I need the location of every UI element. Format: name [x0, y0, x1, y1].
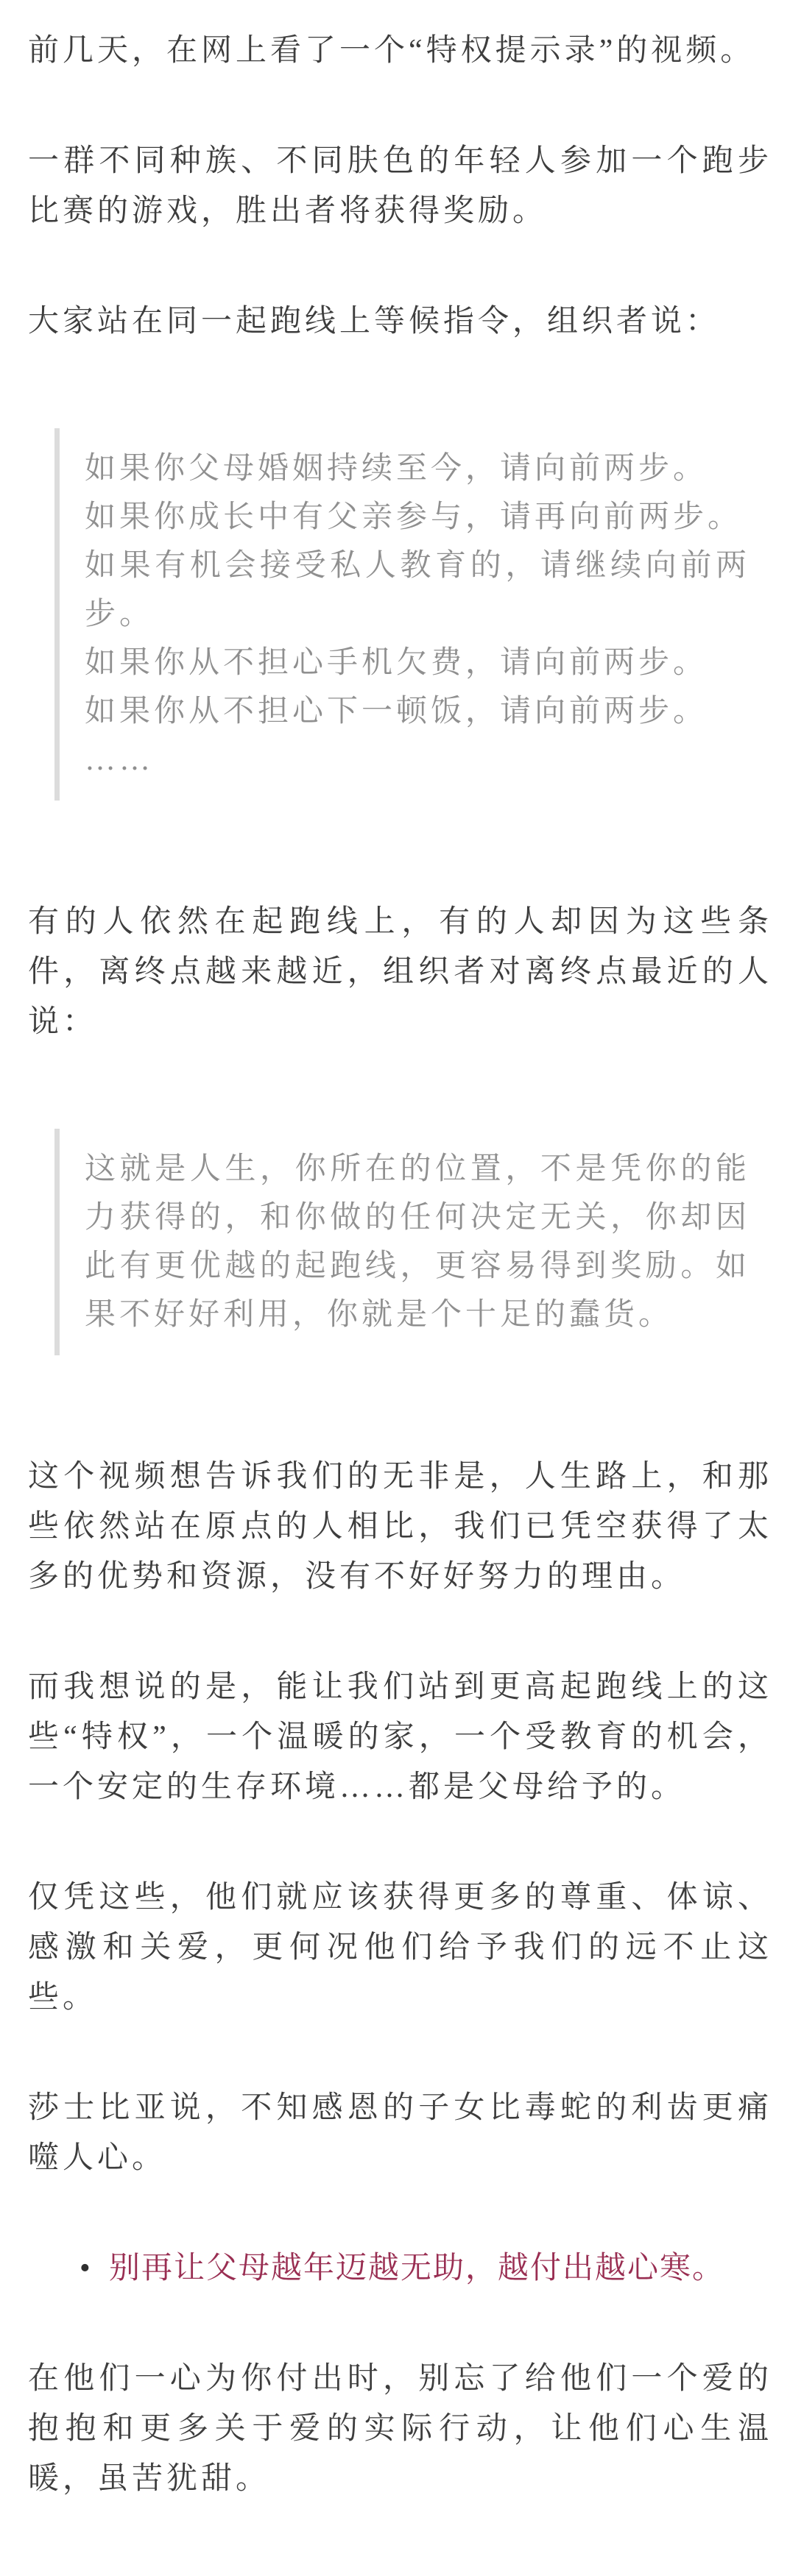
- quote-line: ……: [85, 736, 750, 784]
- highlight-text: 别再让父母越年迈越无助，越付出越心寒。: [109, 2252, 724, 2285]
- paragraph: 大家站在同一起跑线上等候指令，组织者说：: [28, 297, 772, 347]
- paragraph: 莎士比亚说，不知感恩的子女比毒蛇的利齿更痛噬人心。: [28, 2083, 772, 2183]
- paragraph: 这个视频想告诉我们的无非是，人生路上，和那些依然站在原点的人相比，我们已凭空获得…: [28, 1452, 772, 1602]
- paragraph: 一群不同种族、不同肤色的年轻人参加一个跑步比赛的游戏，胜出者将获得奖励。: [28, 136, 772, 236]
- quote-line: 这就是人生，你所在的位置，不是凭你的能力获得的，和你做的任何决定无关，你却因此有…: [85, 1145, 750, 1339]
- paragraph: 仅凭这些，他们就应该获得更多的尊重、体谅、感激和关爱，更何况他们给予我们的远不止…: [28, 1873, 772, 2023]
- paragraph: 而我想说的是，能让我们站到更高起跑线上的这些“特权”，一个温暖的家，一个受教育的…: [28, 1662, 772, 1812]
- article-body: 前几天，在网上看了一个“特权提示录”的视频。一群不同种族、不同肤色的年轻人参加一…: [0, 0, 790, 2576]
- highlight-list: •别再让父母越年迈越无助，越付出越心寒。: [28, 2243, 772, 2293]
- paragraph: 前几天，在网上看了一个“特权提示录”的视频。: [28, 26, 772, 76]
- quote-line: 如果你从不担心手机欠费，请向前两步。: [85, 639, 750, 687]
- quote-line: 如果你成长中有父亲参与，请再向前两步。: [85, 493, 750, 542]
- paragraph: 在他们一心为你付出时，别忘了给他们一个爱的抱抱和更多关于爱的实际行动，让他们心生…: [28, 2354, 772, 2504]
- quote-block: 如果你父母婚姻持续至今，请向前两步。如果你成长中有父亲参与，请再向前两步。如果有…: [54, 428, 750, 801]
- quote-line: 如果有机会接受私人教育的，请继续向前两步。: [85, 542, 750, 639]
- bullet-dot-icon: •: [80, 2243, 91, 2293]
- quote-line: 如果你父母婚姻持续至今，请向前两步。: [85, 444, 750, 493]
- quote-block: 这就是人生，你所在的位置，不是凭你的能力获得的，和你做的任何决定无关，你却因此有…: [54, 1129, 750, 1355]
- quote-line: 如果你从不担心下一顿饭，请向前两步。: [85, 687, 750, 736]
- highlight-item: •别再让父母越年迈越无助，越付出越心寒。: [109, 2243, 772, 2293]
- paragraph: 有的人依然在起跑线上，有的人却因为这些条件，离终点越来越近，组织者对离终点最近的…: [28, 897, 772, 1047]
